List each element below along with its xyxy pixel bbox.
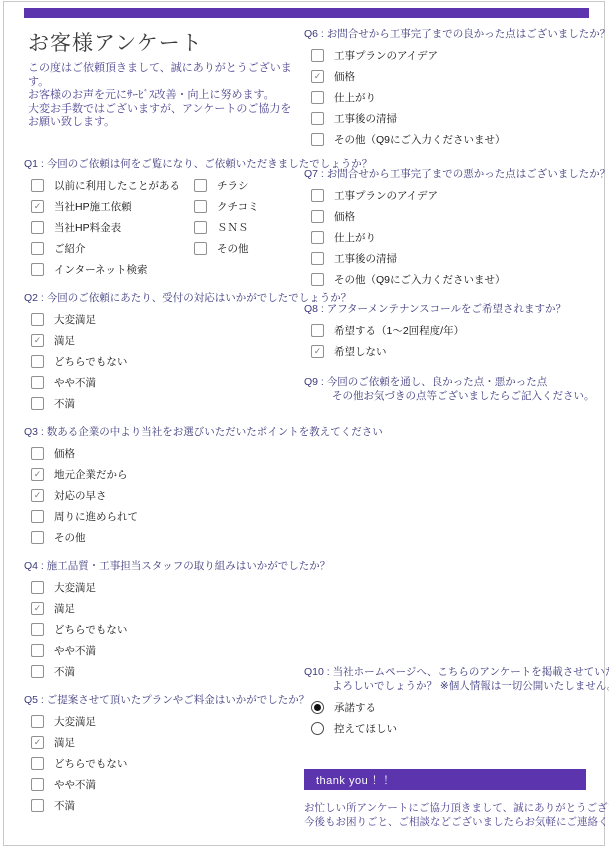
option-label: 不満	[54, 664, 75, 679]
question-heading: Q6 : お問合せから工事完了までの良かった点はございましたか？	[304, 27, 586, 41]
q2-option[interactable]: 大変満足	[24, 309, 298, 330]
q2-option[interactable]: やや不満	[24, 372, 298, 393]
q1-option[interactable]: その他	[187, 238, 298, 259]
q9-free-text-area	[304, 407, 586, 659]
q1-option[interactable]: チラシ	[187, 175, 298, 196]
checkbox-icon[interactable]	[31, 715, 44, 728]
option-label: クチコミ	[217, 199, 259, 214]
checkbox-icon[interactable]	[311, 189, 324, 202]
q1-options: 以前に利用したことがある当社HP施工依頼当社HP料金表ご紹介インターネット検索チ…	[24, 175, 298, 280]
q10-option[interactable]: 控えてほしい	[304, 718, 586, 739]
checkbox-icon[interactable]	[311, 210, 324, 223]
checkbox-icon[interactable]	[31, 665, 44, 678]
option-label: 地元企業だから	[54, 467, 128, 482]
checkbox-icon[interactable]	[31, 602, 44, 615]
checkbox-icon[interactable]	[31, 263, 44, 276]
left-column: お客様アンケート この度はご依頼頂きまして、誠にありがとうございます。 お客様の…	[24, 22, 298, 816]
checkbox-icon[interactable]	[311, 273, 324, 286]
q8-options: 希望する（1～2回程度/年）希望しない	[304, 320, 586, 362]
q3-option[interactable]: 地元企業だから	[24, 464, 298, 485]
option-label: 対応の早さ	[54, 488, 107, 503]
checkbox-icon[interactable]	[311, 133, 324, 146]
question-heading: Q8 : アフターメンテナンスコールをご希望されますか？	[304, 302, 586, 316]
question-q4: Q4 : 施工品質・工事担当スタッフの取り組みはいかがでしたか？大変満足満足どち…	[24, 559, 298, 682]
option-label: チラシ	[217, 178, 249, 193]
checkbox-icon[interactable]	[31, 376, 44, 389]
option-label: 工事プランのアイデア	[334, 48, 438, 63]
q6-options: 工事プランのアイデア価格仕上がり工事後の清掃その他（Q9にご入力くださいませ）	[304, 45, 586, 150]
q5-option[interactable]: 不満	[24, 795, 298, 816]
question-q6: Q6 : お問合せから工事完了までの良かった点はございましたか？工事プランのアイ…	[304, 27, 586, 150]
question-heading: Q1 : 今回のご依頼は何をご覧になり、ご依頼いただきましたでしょうか？	[24, 157, 298, 171]
option-label: 当社HP料金表	[54, 220, 121, 235]
checkbox-icon[interactable]	[311, 252, 324, 265]
question-heading-line: Q9 : 今回のご依頼を通し、良かった点・悪かった点	[304, 375, 586, 389]
option-label: どちらでもない	[54, 622, 127, 637]
footer-note: お忙しい所アンケートにご協力頂きまして、誠にありがとうございました。 今後もお困…	[304, 802, 586, 829]
option-label: その他	[54, 530, 86, 545]
question-q2: Q2 : 今回のご依頼にあたり、受付の対応はいかがでしたでしょうか？大変満足満足…	[24, 291, 298, 414]
question-heading-line: Q7 : お問合せから工事完了までの悪かった点はございましたか？	[304, 167, 586, 181]
checkbox-icon[interactable]	[31, 313, 44, 326]
intro-line: 大変お手数ではございますが、アンケートのご協力をお願い致します。	[28, 103, 298, 130]
option-label: どちらでもない	[54, 756, 127, 771]
question-q9: Q9 : 今回のご依頼を通し、良かった点・悪かった点その他お気づきの点等ございま…	[304, 375, 586, 659]
option-label: 大変満足	[54, 312, 96, 327]
checkbox-icon[interactable]	[311, 91, 324, 104]
q2-options: 大変満足満足どちらでもないやや不満不満	[24, 309, 298, 414]
q7-option[interactable]: その他（Q9にご入力くださいませ）	[304, 269, 586, 290]
checkbox-icon[interactable]	[31, 468, 44, 481]
q5-option[interactable]: 大変満足	[24, 711, 298, 732]
checkbox-icon[interactable]	[31, 623, 44, 636]
option-label: 満足	[54, 333, 75, 348]
q2-option[interactable]: どちらでもない	[24, 351, 298, 372]
question-heading-line: Q1 : 今回のご依頼は何をご覧になり、ご依頼いただきましたでしょうか？	[24, 157, 298, 171]
left-questions: Q1 : 今回のご依頼は何をご覧になり、ご依頼いただきましたでしょうか？以前に利…	[24, 157, 298, 816]
checkbox-icon[interactable]	[194, 221, 207, 234]
checkbox-icon[interactable]	[31, 736, 44, 749]
checkbox-icon[interactable]	[311, 112, 324, 125]
q1-option[interactable]: ご紹介	[24, 238, 187, 259]
q4-option[interactable]: どちらでもない	[24, 619, 298, 640]
question-heading: Q4 : 施工品質・工事担当スタッフの取り組みはいかがでしたか？	[24, 559, 298, 573]
footer-line: 今後もお困りごと、ご相談などございましたらお気軽にご連絡くださいませ。	[304, 816, 586, 830]
option-label: 仕上がり	[334, 230, 376, 245]
intro-text: この度はご依頼頂きまして、誠にありがとうございます。 お客様のお声を元にｻｰﾋﾞ…	[28, 62, 298, 130]
option-label: 大変満足	[54, 714, 96, 729]
q5-option[interactable]: 満足	[24, 732, 298, 753]
checkbox-icon[interactable]	[31, 489, 44, 502]
option-label: 工事プランのアイデア	[334, 188, 438, 203]
header-accent-bar	[24, 8, 589, 18]
question-heading-line: Q4 : 施工品質・工事担当スタッフの取り組みはいかがでしたか？	[24, 559, 298, 573]
option-label: 承諾する	[334, 700, 376, 715]
q1-option[interactable]: ＳＮＳ	[187, 217, 298, 238]
q6-option[interactable]: その他（Q9にご入力くださいませ）	[304, 129, 586, 150]
q10-options: 承諾する控えてほしい	[304, 697, 586, 739]
q6-option[interactable]: 仕上がり	[304, 87, 586, 108]
checkbox-icon[interactable]	[31, 397, 44, 410]
option-label: 工事後の清掃	[334, 251, 397, 266]
option-label: 満足	[54, 601, 75, 616]
q3-option[interactable]: 周りに進められて	[24, 506, 298, 527]
option-label: その他（Q9にご入力くださいませ）	[334, 272, 506, 287]
question-heading: Q2 : 今回のご依頼にあたり、受付の対応はいかがでしたでしょうか？	[24, 291, 298, 305]
q6-option[interactable]: 工事プランのアイデア	[304, 45, 586, 66]
q7-option[interactable]: 工事後の清掃	[304, 248, 586, 269]
survey-page: お客様アンケート この度はご依頼頂きまして、誠にありがとうございます。 お客様の…	[3, 1, 605, 846]
q3-options: 価格地元企業だから対応の早さ周りに進められてその他	[24, 443, 298, 548]
question-heading-line: よろしいでしょうか？ ※個人情報は一切公開いたしません。	[304, 679, 586, 693]
checkbox-icon[interactable]	[194, 200, 207, 213]
checkbox-icon[interactable]	[31, 581, 44, 594]
question-q1: Q1 : 今回のご依頼は何をご覧になり、ご依頼いただきましたでしょうか？以前に利…	[24, 157, 298, 280]
intro-line: この度はご依頼頂きまして、誠にありがとうございます。	[28, 62, 298, 89]
option-label: 希望する（1～2回程度/年）	[334, 323, 464, 338]
q8-option[interactable]: 希望しない	[304, 341, 586, 362]
q2-option[interactable]: 不満	[24, 393, 298, 414]
question-heading-line: Q3 : 数ある企業の中より当社をお選びいただいたポイントを教えてください	[24, 425, 298, 439]
thank-you-text: thank you ！！	[316, 772, 395, 788]
q3-option[interactable]: 対応の早さ	[24, 485, 298, 506]
option-label: 周りに進められて	[54, 509, 138, 524]
thank-you-banner: thank you ！！	[304, 769, 586, 790]
q8-option[interactable]: 希望する（1～2回程度/年）	[304, 320, 586, 341]
q1-option[interactable]: 当社HP施工依頼	[24, 196, 187, 217]
option-label: 控えてほしい	[334, 721, 397, 736]
question-q8: Q8 : アフターメンテナンスコールをご希望されますか？希望する（1～2回程度/…	[304, 302, 586, 362]
checkbox-icon[interactable]	[31, 179, 44, 192]
option-label: 希望しない	[334, 344, 387, 359]
checkbox-icon[interactable]	[31, 242, 44, 255]
page-title: お客様アンケート	[28, 32, 298, 56]
q6-option[interactable]: 工事後の清掃	[304, 108, 586, 129]
q4-option[interactable]: 不満	[24, 661, 298, 682]
option-label: 不満	[54, 798, 75, 813]
question-heading-line: その他お気づきの点等ございましたらご記入ください。	[304, 389, 586, 403]
checkbox-icon[interactable]	[311, 70, 324, 83]
q4-option[interactable]: やや不満	[24, 640, 298, 661]
q6-option[interactable]: 価格	[304, 66, 586, 87]
option-label: その他	[217, 241, 249, 256]
option-label: 価格	[54, 446, 75, 461]
intro-line: お客様のお声を元にｻｰﾋﾞｽ改善・向上に努めます。	[28, 89, 298, 103]
option-label: やや不満	[54, 777, 96, 792]
radio-icon[interactable]	[311, 722, 324, 735]
question-heading: Q9 : 今回のご依頼を通し、良かった点・悪かった点その他お気づきの点等ございま…	[304, 375, 586, 403]
q5-option[interactable]: やや不満	[24, 774, 298, 795]
option-label: やや不満	[54, 375, 96, 390]
checkbox-icon[interactable]	[31, 334, 44, 347]
checkbox-icon[interactable]	[31, 799, 44, 812]
question-q10: Q10 : 当社ホームページへ、こちらのアンケートを掲載させていただいてもよろし…	[304, 665, 586, 739]
question-q7: Q7 : お問合せから工事完了までの悪かった点はございましたか？工事プランのアイ…	[304, 167, 586, 290]
checkbox-icon[interactable]	[31, 510, 44, 523]
q7-option[interactable]: 仕上がり	[304, 227, 586, 248]
option-label: 大変満足	[54, 580, 96, 595]
q2-option[interactable]: 満足	[24, 330, 298, 351]
radio-icon[interactable]	[311, 701, 324, 714]
q4-option[interactable]: 大変満足	[24, 577, 298, 598]
q7-option[interactable]: 価格	[304, 206, 586, 227]
q7-options: 工事プランのアイデア価格仕上がり工事後の清掃その他（Q9にご入力くださいませ）	[304, 185, 586, 290]
option-label: 満足	[54, 735, 75, 750]
q1-option[interactable]: インターネット検索	[24, 259, 187, 280]
checkbox-icon[interactable]	[31, 355, 44, 368]
q7-option[interactable]: 工事プランのアイデア	[304, 185, 586, 206]
option-label: 当社HP施工依頼	[54, 199, 132, 214]
right-questions: Q6 : お問合せから工事完了までの良かった点はございましたか？工事プランのアイ…	[304, 27, 586, 739]
option-label: ＳＮＳ	[217, 220, 249, 235]
option-label: 価格	[334, 209, 355, 224]
q4-options: 大変満足満足どちらでもないやや不満不満	[24, 577, 298, 682]
option-label: 不満	[54, 396, 75, 411]
option-label: 以前に利用したことがある	[54, 178, 180, 193]
checkbox-icon[interactable]	[311, 324, 324, 337]
footer-line: お忙しい所アンケートにご協力頂きまして、誠にありがとうございました。	[304, 802, 586, 816]
checkbox-icon[interactable]	[31, 531, 44, 544]
question-heading: Q10 : 当社ホームページへ、こちらのアンケートを掲載させていただいてもよろし…	[304, 665, 586, 693]
q1-option[interactable]: 当社HP料金表	[24, 217, 187, 238]
q4-option[interactable]: 満足	[24, 598, 298, 619]
question-heading: Q5 : ご提案させて頂いたプランやご料金はいかがでしたか？	[24, 693, 298, 707]
checkbox-icon[interactable]	[311, 49, 324, 62]
q10-option[interactable]: 承諾する	[304, 697, 586, 718]
q5-option[interactable]: どちらでもない	[24, 753, 298, 774]
question-heading: Q3 : 数ある企業の中より当社をお選びいただいたポイントを教えてください	[24, 425, 298, 439]
checkbox-icon[interactable]	[194, 179, 207, 192]
question-heading-line: Q8 : アフターメンテナンスコールをご希望されますか？	[304, 302, 586, 316]
checkbox-icon[interactable]	[31, 644, 44, 657]
checkbox-icon[interactable]	[31, 221, 44, 234]
checkbox-icon[interactable]	[311, 345, 324, 358]
option-label: 工事後の清掃	[334, 111, 397, 126]
q3-option[interactable]: その他	[24, 527, 298, 548]
option-label: やや不満	[54, 643, 96, 658]
question-heading-line: Q2 : 今回のご依頼にあたり、受付の対応はいかがでしたでしょうか？	[24, 291, 298, 305]
question-heading-line: Q6 : お問合せから工事完了までの良かった点はございましたか？	[304, 27, 586, 41]
checkbox-icon[interactable]	[31, 447, 44, 460]
question-q5: Q5 : ご提案させて頂いたプランやご料金はいかがでしたか？大変満足満足どちらで…	[24, 693, 298, 816]
checkbox-icon[interactable]	[194, 242, 207, 255]
checkbox-icon[interactable]	[31, 200, 44, 213]
question-heading-line: Q10 : 当社ホームページへ、こちらのアンケートを掲載させていただいても	[304, 665, 586, 679]
option-label: どちらでもない	[54, 354, 127, 369]
question-heading-line: Q5 : ご提案させて頂いたプランやご料金はいかがでしたか？	[24, 693, 298, 707]
right-column: Q6 : お問合せから工事完了までの良かった点はございましたか？工事プランのアイ…	[304, 27, 586, 829]
q1-option[interactable]: クチコミ	[187, 196, 298, 217]
checkbox-icon[interactable]	[31, 757, 44, 770]
option-label: その他（Q9にご入力くださいませ）	[334, 132, 506, 147]
question-q3: Q3 : 数ある企業の中より当社をお選びいただいたポイントを教えてください価格地…	[24, 425, 298, 548]
option-label: ご紹介	[54, 241, 86, 256]
option-label: 仕上がり	[334, 90, 376, 105]
option-label: インターネット検索	[54, 262, 148, 277]
q1-option[interactable]: 以前に利用したことがある	[24, 175, 187, 196]
question-heading: Q7 : お問合せから工事完了までの悪かった点はございましたか？	[304, 167, 586, 181]
checkbox-icon[interactable]	[311, 231, 324, 244]
checkbox-icon[interactable]	[31, 778, 44, 791]
q3-option[interactable]: 価格	[24, 443, 298, 464]
q5-options: 大変満足満足どちらでもないやや不満不満	[24, 711, 298, 816]
option-label: 価格	[334, 69, 355, 84]
